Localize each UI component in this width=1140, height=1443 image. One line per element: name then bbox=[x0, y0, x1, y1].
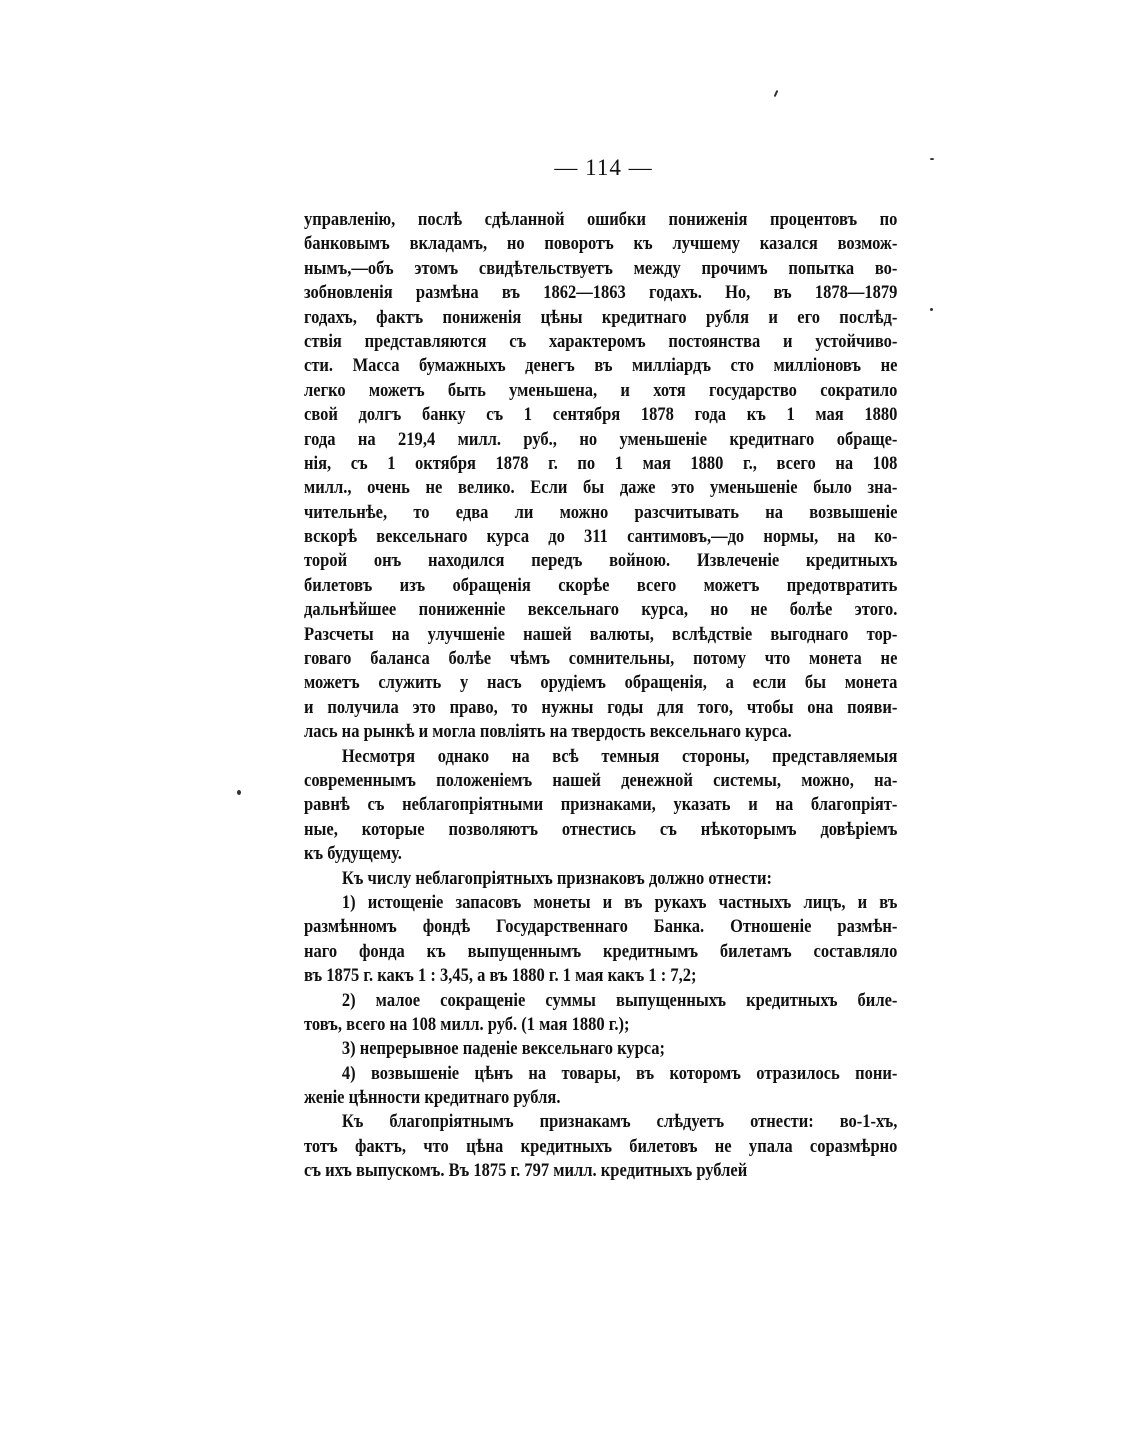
text-line: Къ благопріятнымъ признакамъ слѣдуетъ от… bbox=[304, 1110, 897, 1134]
text-line: 3) непрерывное паденіе вексельнаго курса… bbox=[304, 1037, 897, 1061]
text-line: современнымъ положеніемъ нашей денежной … bbox=[304, 769, 897, 793]
paragraph: 1) истощеніе запасовъ монеты и въ рукахъ… bbox=[304, 891, 898, 989]
scan-speck bbox=[930, 158, 934, 160]
text-line: къ будущему. bbox=[304, 842, 897, 866]
text-line: лась на рынкѣ и могла повліять на твердо… bbox=[304, 720, 897, 744]
text-line: товъ, всего на 108 милл. руб. (1 мая 188… bbox=[304, 1013, 897, 1037]
text-line: ствія представляются съ характеромъ пост… bbox=[304, 330, 897, 354]
paragraph: 2) малое сокращеніе суммы выпущенныхъ кр… bbox=[304, 989, 898, 1038]
text-line: и получила это право, то нужны годы для … bbox=[304, 696, 897, 720]
text-line: чительнѣе, то едва ли можно разсчитывать… bbox=[304, 501, 897, 525]
paragraph: управленію, послѣ сдѣланной ошибки пониж… bbox=[304, 208, 898, 745]
text-line: ные, которые позволяютъ отнестись съ нѣк… bbox=[304, 818, 897, 842]
text-line: Къ числу неблагопріятныхъ признаковъ дол… bbox=[304, 867, 897, 891]
text-line: года на 219,4 милл. руб., но уменьшеніе … bbox=[304, 428, 897, 452]
scan-speck bbox=[774, 90, 779, 97]
text-line: въ 1875 г. какъ 1 : 3,45, а въ 1880 г. 1… bbox=[304, 964, 897, 988]
paragraph: 4) возвышеніе цѣнъ на товары, въ котором… bbox=[304, 1062, 898, 1111]
text-line: легко можетъ быть уменьшена, и хотя госу… bbox=[304, 379, 897, 403]
text-line: торой онъ находился передъ войною. Извле… bbox=[304, 549, 897, 573]
text-line: говаго баланса болѣе чѣмъ сомнительны, п… bbox=[304, 647, 897, 671]
text-line: 1) истощеніе запасовъ монеты и въ рукахъ… bbox=[304, 891, 897, 915]
paragraph: Къ благопріятнымъ признакамъ слѣдуетъ от… bbox=[304, 1110, 898, 1183]
scan-speck bbox=[930, 308, 933, 311]
scan-speck bbox=[237, 790, 241, 795]
paragraph: Къ числу неблагопріятныхъ признаковъ дол… bbox=[304, 867, 898, 891]
paragraph: Несмотря однако на всѣ темныя стороны, п… bbox=[304, 745, 898, 867]
text-line: Несмотря однако на всѣ темныя стороны, п… bbox=[304, 745, 897, 769]
text-line: управленію, послѣ сдѣланной ошибки пониж… bbox=[304, 208, 897, 232]
body-text: управленію, послѣ сдѣланной ошибки пониж… bbox=[304, 208, 898, 1184]
text-line: банковымъ вкладамъ, но поворотъ къ лучше… bbox=[304, 232, 897, 256]
text-line: можетъ служить у насъ орудіемъ обращенія… bbox=[304, 671, 897, 695]
text-line: зобновленія размѣна въ 1862—1863 годахъ.… bbox=[304, 281, 897, 305]
text-line: тотъ фактъ, что цѣна кредитныхъ билетовъ… bbox=[304, 1135, 897, 1159]
text-line: сти. Масса бумажныхъ денегъ въ миллiардъ… bbox=[304, 354, 897, 378]
text-line: милл., очень не велико. Если бы даже это… bbox=[304, 476, 897, 500]
text-line: съ ихъ выпускомъ. Въ 1875 г. 797 милл. к… bbox=[304, 1159, 897, 1183]
text-line: наго фонда къ выпущеннымъ кредитнымъ бил… bbox=[304, 940, 897, 964]
text-line: 4) возвышеніе цѣнъ на товары, въ котором… bbox=[304, 1062, 897, 1086]
page-number: — 114 — bbox=[0, 155, 1140, 181]
text-line: вскорѣ вексельнаго курса до 311 сантимов… bbox=[304, 525, 897, 549]
text-line: размѣнномъ фондѣ Государственнаго Банка.… bbox=[304, 915, 897, 939]
text-line: свой долгъ банку съ 1 сентября 1878 года… bbox=[304, 403, 897, 427]
text-line: нымъ,—объ этомъ свидѣтельствуетъ между п… bbox=[304, 257, 897, 281]
text-line: дальнѣйшее пониженніе вексельнаго курса,… bbox=[304, 598, 897, 622]
text-line: годахъ, фактъ пониженія цѣны кредитнаго … bbox=[304, 306, 897, 330]
text-line: нія, съ 1 октября 1878 г. по 1 мая 1880 … bbox=[304, 452, 897, 476]
text-line: 2) малое сокращеніе суммы выпущенныхъ кр… bbox=[304, 989, 897, 1013]
text-line: женіе цѣнности кредитнаго рубля. bbox=[304, 1086, 897, 1110]
text-line: Разсчеты на улучшеніе нашей валюты, вслѣ… bbox=[304, 623, 897, 647]
text-line: равнѣ съ неблагопріятными признаками, ук… bbox=[304, 793, 897, 817]
text-line: билетовъ изъ обращенія скорѣе всего може… bbox=[304, 574, 897, 598]
paragraph: 3) непрерывное паденіе вексельнаго курса… bbox=[304, 1037, 898, 1061]
